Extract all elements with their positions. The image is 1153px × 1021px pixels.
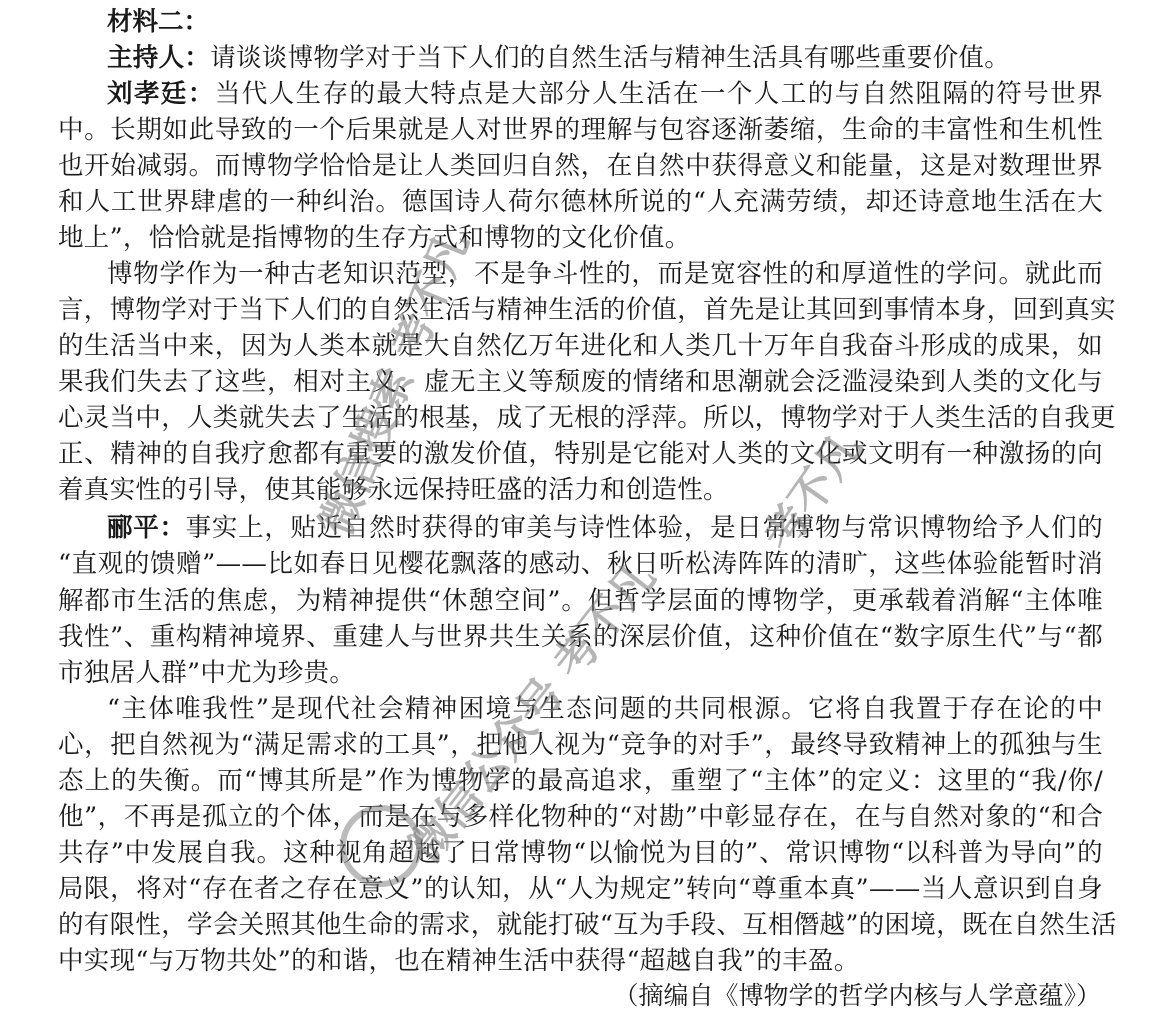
text-line: 地上”，恰恰就是指博物的生存方式和博物的文化价值。 <box>58 220 1103 256</box>
text-line: “直观的馈赠”——比如春日见樱花飘落的感动、秋日听松涛阵阵的清旷，这些体验能暂时… <box>58 546 1103 582</box>
watermark-logo-icon <box>340 805 422 887</box>
text-line: 他”，不再是孤立的个体，而是在与多样化物种的“对勘”中彰显存在，在与自然对象的“… <box>58 799 1103 835</box>
text-line: 博物学作为一种古老知识范型，不是争斗性的，而是宽容性的和厚道性的学问。就此而 <box>107 256 1103 292</box>
line-text: 请谈谈博物学对于当下人们的自然生活与精神生活具有哪些重要价值。 <box>210 43 1010 73</box>
section-heading: 材料二： <box>107 4 209 40</box>
text-line: 正、精神的自我疗愈都有重要的激发价值，特别是它能对人类的文化或文明有一种激扬的向 <box>58 436 1103 472</box>
speaker-host: 主持人： <box>107 43 210 73</box>
text-line: 着真实性的引导，使其能够永远保持旺盛的活力和创造性。 <box>58 472 1103 508</box>
text-line: 态上的失衡。而“博其所是”作为博物学的最高追求，重塑了“主体”的定义：这里的“我… <box>58 763 1103 799</box>
text-line: 我性”、重构精神境界、重建人与世界共生关系的深层价值，这种价值在“数字原生代”与… <box>58 619 1103 655</box>
source-citation: （摘编自《博物学的哲学内核与人学意蕴》） <box>613 978 1101 1014</box>
text-line: 和人工世界肆虐的一种纠治。德国诗人荷尔德林所说的“人充满劳绩，却还诗意地生活在大 <box>58 184 1103 220</box>
text-line: 局限，将对“存在者之存在意义”的认知，从“人为规定”转向“尊重本真”——当人意识… <box>58 871 1103 907</box>
text-line: 言，博物学对于当下人们的自然生活与精神生活的价值，首先是让其回到事情本身，回到真… <box>58 292 1103 328</box>
text-line-host: 主持人：请谈谈博物学对于当下人们的自然生活与精神生活具有哪些重要价值。 <box>107 40 1103 76</box>
text-line: 果我们失去了这些，相对主义、虚无主义等颓废的情绪和思潮就会泛滥浸染到人类的文化与 <box>58 364 1103 400</box>
text-line: 郦平：事实上，贴近自然时获得的审美与诗性体验，是日常博物与常识博物给予人们的 <box>107 510 1103 546</box>
speaker-li: 郦平： <box>107 513 186 543</box>
text-line: 共存”中发展自我。这种视角超越了日常博物“以愉悦为目的”、常识博物“以科普为导向… <box>58 835 1103 871</box>
text-line: “主体唯我性”是现代社会精神困境与生态问题的共同根源。它将自我置于存在论的中 <box>107 691 1103 727</box>
text-line: 中实现“与万物共处”的和谐，也在精神生活中获得“超越自我”的丰盈。 <box>58 943 1103 979</box>
text-line: 的生活当中来，因为人类本就是大自然亿万年进化和人类几十万年自我奋斗形成的成果，如 <box>58 328 1103 364</box>
text-line: 的有限性，学会关照其他生命的需求，就能打破“互为手段、互相僭越”的困境，既在自然… <box>58 907 1103 943</box>
line-text: 事实上，贴近自然时获得的审美与诗性体验，是日常博物与常识博物给予人们的 <box>186 513 1103 543</box>
text-line: 市独居人群”中尤为珍贵。 <box>58 655 1103 691</box>
text-line: 中。长期如此导致的一个后果就是人对世界的理解与包容逐渐萎缩，生命的丰富性和生机性 <box>58 112 1103 148</box>
text-line: 心灵当中，人类就失去了生活的根基，成了无根的浮萍。所以，博物学对于人类生活的自我… <box>58 400 1103 436</box>
text-line: 心，把自然视为“满足需求的工具”，把他人视为“竞争的对手”，最终导致精神上的孤独… <box>58 727 1103 763</box>
speaker-liu: 刘孝廷： <box>107 79 215 109</box>
line-text: 当代人生存的最大特点是大部分人生活在一个人工的与自然阻隔的符号世界 <box>215 79 1103 109</box>
text-line: 解都市生活的焦虑，为精神提供“休憩空间”。但哲学层面的博物学，更承载着消解“主体… <box>58 583 1103 619</box>
text-line: 刘孝廷：当代人生存的最大特点是大部分人生活在一个人工的与自然阻隔的符号世界 <box>107 76 1103 112</box>
document-page: 材料二： 主持人：请谈谈博物学对于当下人们的自然生活与精神生活具有哪些重要价值。… <box>0 0 1153 1021</box>
text-line: 也开始减弱。而博物学恰恰是让人类回归自然，在自然中获得意义和能量，这是对数理世界 <box>58 148 1103 184</box>
